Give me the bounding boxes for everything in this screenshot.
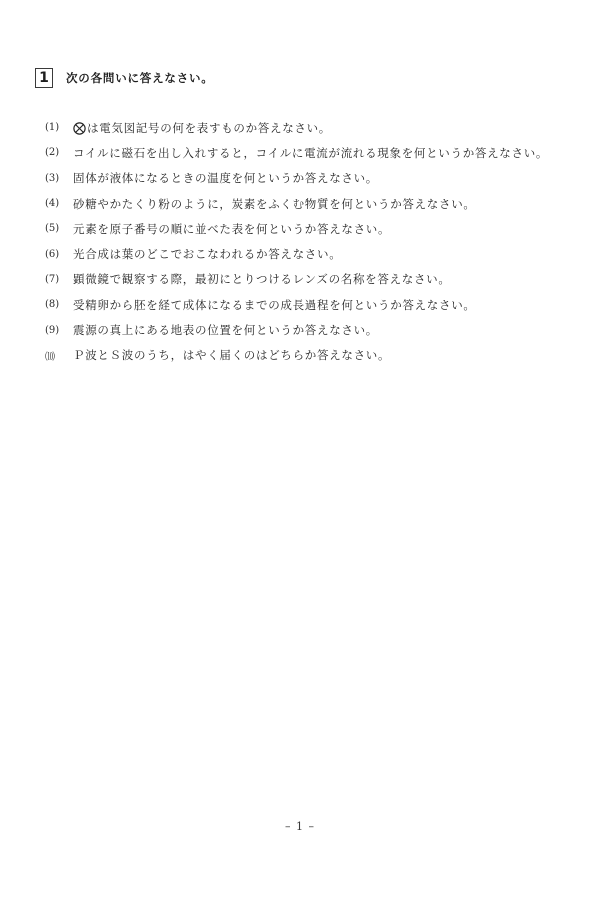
question-row: ⑽ Ｐ波とＳ波のうち，はやく届くのはどちらか答えなさい。 [45, 343, 580, 368]
question-row: (9) 震源の真上にある地表の位置を何というか答えなさい。 [45, 317, 580, 342]
question-row: (2) コイルに磁石を出し入れすると，コイルに電流が流れる現象を何というか答えな… [45, 140, 580, 165]
question-row: (6) 光合成は葉のどこでおこなわれるか答えなさい。 [45, 241, 580, 266]
section-number: 1 [39, 70, 49, 86]
exam-page: 1 次の各問いに答えなさい。 (1) は電気図記号の何を表すものか答えなさい。 … [0, 0, 600, 900]
question-number: (5) [45, 223, 73, 234]
section-header: 1 次の各問いに答えなさい。 [35, 68, 214, 88]
question-number: (8) [45, 299, 73, 310]
question-text: 震源の真上にある地表の位置を何というか答えなさい。 [73, 322, 378, 338]
section-number-box: 1 [35, 68, 53, 88]
question-number: (3) [45, 173, 73, 184]
question-text: 砂糖やかたくり粉のように，炭素をふくむ物質を何というか答えなさい。 [73, 196, 476, 212]
question-text: は電気図記号の何を表すものか答えなさい。 [87, 120, 331, 136]
question-row: (8) 受精卵から胚を経て成体になるまでの成長過程を何というか答えなさい。 [45, 292, 580, 317]
question-number: ⑽ [45, 348, 73, 363]
question-number: (9) [45, 325, 73, 336]
question-text: Ｐ波とＳ波のうち，はやく届くのはどちらか答えなさい。 [73, 347, 390, 363]
question-text: 受精卵から胚を経て成体になるまでの成長過程を何というか答えなさい。 [73, 297, 476, 313]
question-row: (1) は電気図記号の何を表すものか答えなさい。 [45, 115, 580, 140]
question-text: 固体が液体になるときの温度を何というか答えなさい。 [73, 170, 378, 186]
question-list: (1) は電気図記号の何を表すものか答えなさい。 (2) コイルに磁石を出し入れ… [45, 115, 580, 368]
question-row: (4) 砂糖やかたくり粉のように，炭素をふくむ物質を何というか答えなさい。 [45, 191, 580, 216]
question-number: (7) [45, 274, 73, 285]
page-number: – 1 – [0, 820, 600, 833]
question-row: (5) 元素を原子番号の順に並べた表を何というか答えなさい。 [45, 216, 580, 241]
section-title: 次の各問いに答えなさい。 [66, 70, 214, 86]
question-row: (7) 顕微鏡で観察する際，最初にとりつけるレンズの名称を答えなさい。 [45, 267, 580, 292]
question-text: 元素を原子番号の順に並べた表を何というか答えなさい。 [73, 221, 390, 237]
lamp-circuit-symbol-icon [73, 122, 86, 135]
question-text: 顕微鏡で観察する際，最初にとりつけるレンズの名称を答えなさい。 [73, 271, 451, 287]
question-number: (1) [45, 122, 73, 133]
question-number: (2) [45, 147, 73, 158]
question-text: コイルに磁石を出し入れすると，コイルに電流が流れる現象を何というか答えなさい。 [73, 145, 548, 161]
question-row: (3) 固体が液体になるときの温度を何というか答えなさい。 [45, 166, 580, 191]
question-text: 光合成は葉のどこでおこなわれるか答えなさい。 [73, 246, 341, 262]
question-number: (4) [45, 198, 73, 209]
question-number: (6) [45, 249, 73, 260]
